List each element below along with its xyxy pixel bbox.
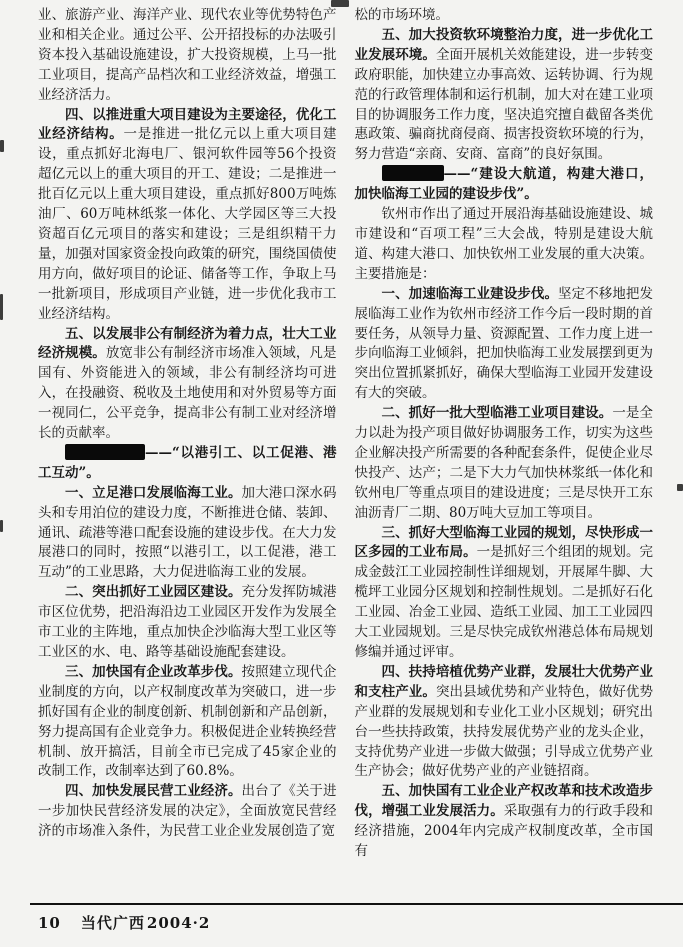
- scan-artifact: [0, 140, 4, 152]
- paragraph-text: 一是推进一批亿元以上重大项目建设，重点抓好北海电厂、银河软件园等56个投资超亿元…: [38, 126, 337, 321]
- paragraph: 一、立足港口发展临海工业。加大港口深水码头和专用泊位的建设力度，不断推进仓储、装…: [38, 484, 337, 584]
- scan-artifact: [677, 484, 683, 491]
- paragraph: 钦州市作出了通过开展沿海基础设施建设、城市建设和“百项工程”三大会战，特别是建设…: [355, 205, 654, 285]
- paragraph: 业、旅游产业、海洋产业、现代农业等优势特色产业和相关企业。通过公平、公开招投标的…: [38, 6, 337, 106]
- paragraph-lead: 一、立足港口发展临海工业。: [65, 485, 242, 501]
- issue-label: 2004·2: [147, 914, 210, 932]
- paragraph-lead: 一、加速临海工业建设步伐。: [382, 286, 559, 302]
- paragraph-lead: 四、加快发展民营工业经济。: [65, 783, 242, 799]
- paragraph: 一、加速临海工业建设步伐。坚定不移地把发展临海工业作为钦州市经济工作今后一段时期…: [355, 285, 654, 404]
- paragraph-lead: 二、抓好一批大型临港工业项目建设。: [382, 405, 613, 421]
- scan-artifact: [331, 0, 349, 7]
- journal-title: 当代广西: [81, 912, 145, 933]
- paragraph: 三、加快国有企业改革步伐。按照建立现代企业制度的方向，以产权制度改革为突破口，进…: [38, 663, 337, 782]
- paragraph-text: 业、旅游产业、海洋产业、现代农业等优势特色产业和相关企业。通过公平、公开招投标的…: [38, 7, 337, 103]
- paragraph-lead: 二、突出抓好工业园区建设。: [65, 584, 242, 600]
- paragraph-text: 按照建立现代企业制度的方向，以产权制度改革为突破口，进一步抓好国有企业的制度创新…: [38, 664, 337, 780]
- paragraph: 五、以发展非公有制经济为着力点，壮大工业经济规模。放宽非公有制经济市场准入领域，…: [38, 325, 337, 444]
- paragraph: 四、以推进重大项目建设为主要途径，优化工业经济结构。一是推进一批亿元以上重大项目…: [38, 106, 337, 325]
- paragraph-text: 坚定不移地把发展临海工业作为钦州市经济工作今后一段时期的首要任务，从领导力量、资…: [355, 286, 654, 402]
- paragraph: 松的市场环境。: [355, 6, 654, 26]
- page-footer: 10 当代广西 2004·2: [38, 912, 210, 933]
- paragraph: 二、突出抓好工业园区建设。充分发挥防城港市区位优势，把沿海沿边工业园区开发作为发…: [38, 583, 337, 663]
- paragraph-text: 钦州市作出了通过开展沿海基础设施建设、城市建设和“百项工程”三大会战，特别是建设…: [355, 206, 654, 282]
- paragraph: 四、扶持培植优势产业群，发展壮大优势产业和支柱产业。突出县域优势和产业特色，做好…: [355, 663, 654, 782]
- paragraph-text: 一是抓好三个组团的规划。完成金鼓江工业园控制性详细规划，开展犀牛脚、大榄坪工业园…: [355, 544, 654, 660]
- scan-artifact: [0, 294, 3, 320]
- paragraph: 五、加快国有工业企业产权改革和技术改造步伐，增强工业发展活力。采取强有力的行政手…: [355, 782, 654, 862]
- left-column: 业、旅游产业、海洋产业、现代农业等优势特色产业和相关企业。通过公平、公开招投标的…: [38, 6, 337, 862]
- text-columns: 业、旅游产业、海洋产业、现代农业等优势特色产业和相关企业。通过公平、公开招投标的…: [0, 0, 683, 862]
- redacted-block: [382, 165, 444, 181]
- section-heading: ——“建设大航道，构建大港口，加快临海工业园的建设步伐”。: [355, 165, 654, 205]
- paragraph-text: 一是全力以赴为投产项目做好协调服务工作，切实为这些企业解决投产所需要的各种配套条…: [355, 405, 654, 521]
- scan-artifact: [0, 520, 3, 532]
- paragraph: 五、加大投资软环境整治力度，进一步优化工业发展环境。全面开展机关效能建设，进一步…: [355, 26, 654, 165]
- paragraph: 二、抓好一批大型临港工业项目建设。一是全力以赴为投产项目做好协调服务工作，切实为…: [355, 404, 654, 523]
- redacted-block: [65, 444, 145, 460]
- paragraph-text: 松的市场环境。: [355, 7, 450, 23]
- paragraph-text: 全面开展机关效能建设，进一步转变政府职能，加快建立办事高效、运转协调、行为规范的…: [355, 47, 654, 163]
- scanned-page: 业、旅游产业、海洋产业、现代农业等优势特色产业和相关企业。通过公平、公开招投标的…: [0, 0, 683, 947]
- right-column: 松的市场环境。五、加大投资软环境整治力度，进一步优化工业发展环境。全面开展机关效…: [355, 6, 654, 862]
- footer-divider: [30, 903, 683, 905]
- paragraph: 三、抓好大型临海工业园的规划，尽快形成一区多园的工业布局。一是抓好三个组团的规划…: [355, 524, 654, 663]
- paragraph: 四、加快发展民营工业经济。出台了《关于进一步加快民营经济发展的决定》，全面放宽民…: [38, 782, 337, 842]
- section-heading: ——“以港引工、以工促港、港工互动”。: [38, 444, 337, 484]
- paragraph-lead: 三、加快国有企业改革步伐。: [65, 664, 242, 680]
- page-number: 10: [38, 914, 61, 932]
